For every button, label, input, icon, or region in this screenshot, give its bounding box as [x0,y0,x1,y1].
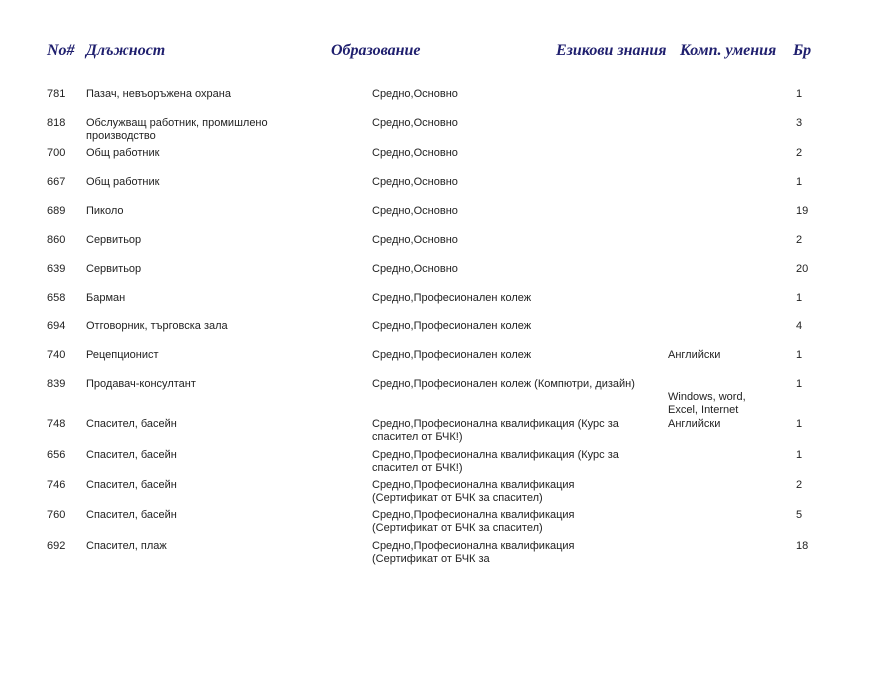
row-number: 658 [47,292,65,305]
row-position: Общ работник [86,147,316,160]
row-count: 1 [796,88,802,101]
row-count: 19 [796,205,808,218]
row-education: Средно,Основно [372,147,662,160]
row-position: Продавач-консултант [86,378,316,391]
row-number: 639 [47,263,65,276]
row-position: Пазач, невъоръжена охрана [86,88,316,101]
header-computer-skills: Комп. умения [680,42,776,60]
row-count: 4 [796,320,802,333]
row-education: Средно,Професионална квалификация (Серти… [372,509,662,535]
row-count: 1 [796,378,802,391]
header-languages: Езикови знания [556,42,667,60]
row-position: Спасител, плаж [86,540,316,553]
row-number: 760 [47,509,65,522]
row-education: Средно,Професионална квалификация (Курс … [372,449,662,475]
row-position: Сервитьор [86,263,316,276]
row-number: 740 [47,349,65,362]
row-languages: Английски [668,418,778,431]
row-education: Средно,Основно [372,176,662,189]
row-count: 2 [796,234,802,247]
row-position: Сервитьор [86,234,316,247]
header-position: Длъжност [86,42,165,60]
row-number: 700 [47,147,65,160]
row-position: Спасител, басейн [86,509,316,522]
row-position: Спасител, басейн [86,449,316,462]
row-computer-skills: Windows, word, Excel, Internet [668,391,778,417]
row-education: Средно,Основно [372,117,662,130]
row-position: Общ работник [86,176,316,189]
row-number: 746 [47,479,65,492]
row-position: Обслужващ работник, промишлено производс… [86,117,316,143]
row-number: 694 [47,320,65,333]
row-number: 781 [47,88,65,101]
row-education: Средно,Основно [372,205,662,218]
row-position: Спасител, басейн [86,418,316,431]
row-position: Пиколо [86,205,316,218]
row-count: 2 [796,479,802,492]
row-position: Рецепционист [86,349,316,362]
row-education: Средно,Професионална квалификация (Серти… [372,540,662,566]
row-position: Барман [86,292,316,305]
row-number: 818 [47,117,65,130]
row-count: 1 [796,176,802,189]
row-education: Средно,Професионална квалификация (Серти… [372,479,662,505]
header-count: Бр [793,42,811,60]
row-number: 689 [47,205,65,218]
row-count: 1 [796,418,802,431]
header-no: No# [47,42,75,60]
row-number: 667 [47,176,65,189]
row-education: Средно,Основно [372,234,662,247]
row-education: Средно,Професионална квалификация (Курс … [372,418,662,444]
row-education: Средно,Основно [372,263,662,276]
header-education: Образование [331,42,421,60]
row-count: 5 [796,509,802,522]
row-number: 748 [47,418,65,431]
row-count: 18 [796,540,808,553]
row-languages: Английски [668,349,778,362]
row-education: Средно,Професионален колеж [372,320,662,333]
row-position: Спасител, басейн [86,479,316,492]
row-position: Отговорник, търговска зала [86,320,316,333]
row-number: 839 [47,378,65,391]
row-count: 2 [796,147,802,160]
row-count: 1 [796,449,802,462]
row-number: 656 [47,449,65,462]
row-count: 1 [796,292,802,305]
row-number: 860 [47,234,65,247]
row-education: Средно,Основно [372,88,662,101]
row-count: 1 [796,349,802,362]
row-count: 3 [796,117,802,130]
row-education: Средно,Професионален колеж (Компютри, ди… [372,378,662,391]
row-education: Средно,Професионален колеж [372,349,662,362]
row-count: 20 [796,263,808,276]
row-number: 692 [47,540,65,553]
row-education: Средно,Професионален колеж [372,292,662,305]
